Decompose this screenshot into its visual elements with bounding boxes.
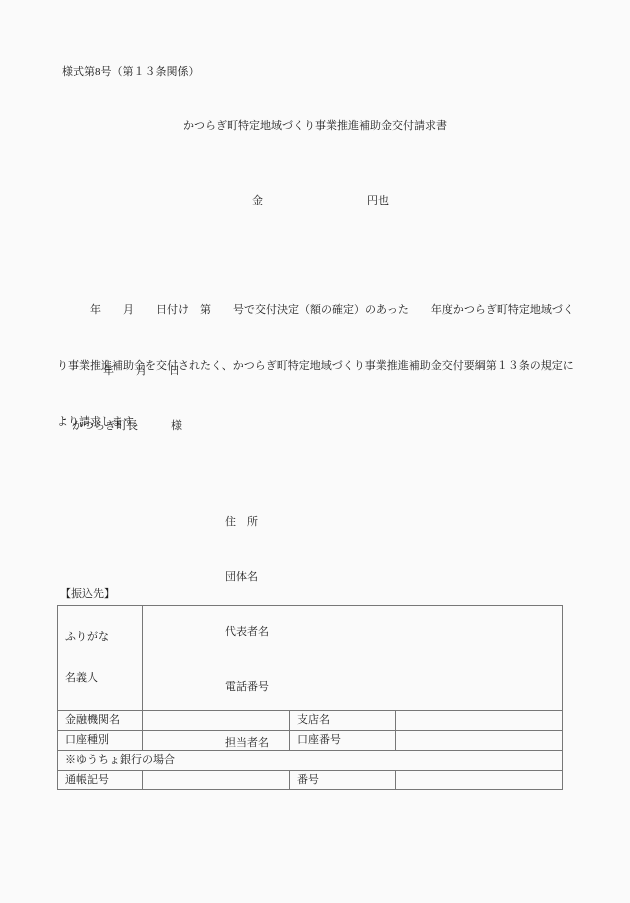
passbook-number-value-cell [396, 771, 563, 790]
table-row-yucho-note: ※ゆうちょ銀行の場合 [58, 751, 563, 771]
table-row-account-type: 口座種別 口座番号 [58, 731, 563, 751]
branch-name-value-cell [396, 711, 563, 731]
passbook-symbol-label-cell: 通帳記号 [58, 771, 143, 790]
account-number-value-cell [396, 731, 563, 751]
account-holder-value-cell [143, 606, 563, 711]
applicant-address-label: 住 所 [225, 513, 269, 531]
account-holder-label-cell: ふりがな 名義人 [58, 606, 143, 711]
holder-name-label: 名義人 [65, 669, 140, 688]
furigana-label: ふりがな [65, 628, 140, 647]
form-number: 様式第8号（第１３条関係） [62, 67, 200, 78]
addressee-line: かつらぎ町長 様 [72, 421, 182, 432]
table-row-bank: 金融機関名 支店名 [58, 711, 563, 731]
table-row-account-holder: ふりがな 名義人 [58, 606, 563, 711]
transfer-section-label: 【振込先】 [60, 589, 115, 600]
account-type-label-cell: 口座種別 [58, 731, 143, 751]
bank-name-label-cell: 金融機関名 [58, 711, 143, 731]
document-page: 様式第8号（第１３条関係） かつらぎ町特定地域づくり事業推進補助金交付請求書 金… [0, 0, 630, 903]
branch-name-label-cell: 支店名 [290, 711, 396, 731]
passbook-number-label-cell: 番号 [290, 771, 396, 790]
statement-line-1: 年 月 日付け 第 号で交付決定（額の確定）のあった 年度かつらぎ町特定地域づく [57, 301, 582, 320]
bank-name-value-cell [143, 711, 290, 731]
document-title: かつらぎ町特定地域づくり事業推進補助金交付請求書 [0, 121, 630, 132]
yucho-note-cell: ※ゆうちょ銀行の場合 [58, 751, 563, 771]
applicant-organization-label: 団体名 [225, 568, 269, 586]
amount-suffix-label: 円也 [367, 196, 389, 207]
passbook-symbol-value-cell [143, 771, 290, 790]
date-line: 年 月 日 [103, 366, 180, 377]
account-number-label-cell: 口座番号 [290, 731, 396, 751]
account-type-value-cell [143, 731, 290, 751]
amount-prefix-label: 金 [252, 196, 263, 207]
table-row-passbook: 通帳記号 番号 [58, 771, 563, 790]
transfer-table: ふりがな 名義人 金融機関名 支店名 口座種別 口座番号 ※ゆうちょ銀行の場合 [57, 605, 563, 790]
